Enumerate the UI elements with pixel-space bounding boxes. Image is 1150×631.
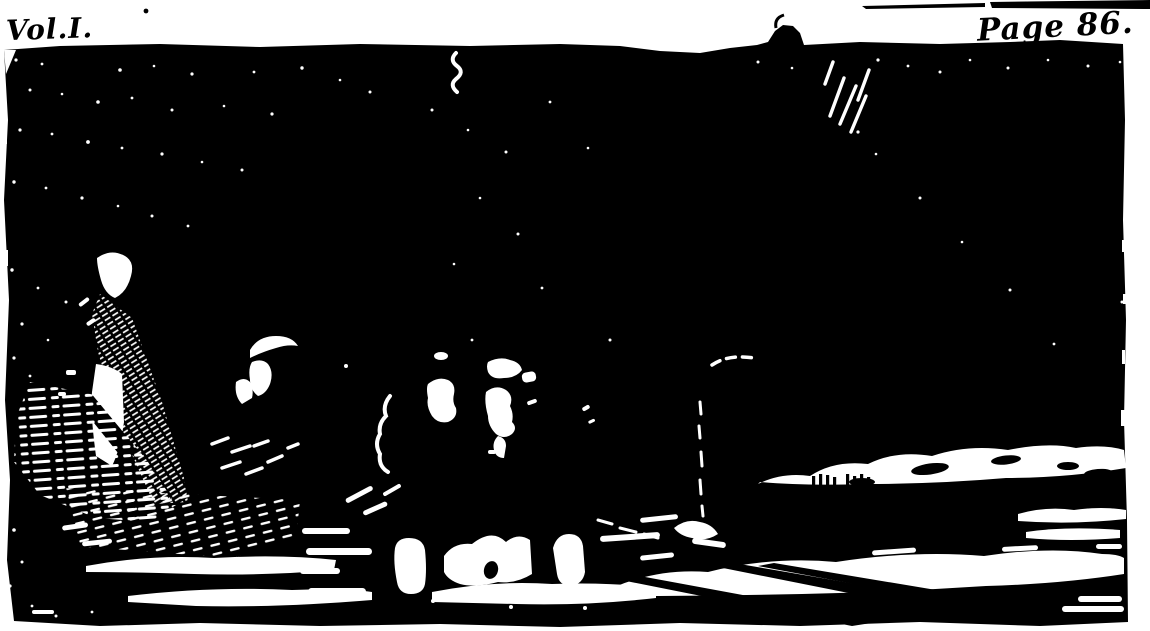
plate-edge-highlights-part bbox=[1122, 240, 1125, 252]
speckles-part bbox=[344, 364, 348, 368]
speckles-part bbox=[369, 91, 372, 94]
distant-caravan-marks-part bbox=[853, 476, 856, 487]
distant-caravan-marks-part bbox=[826, 475, 829, 487]
ground-between-legs-part bbox=[302, 528, 350, 534]
speckles-part bbox=[969, 59, 972, 62]
speckles-part bbox=[153, 65, 156, 68]
head-highlight bbox=[434, 352, 448, 360]
speckles-part bbox=[8, 584, 11, 587]
speckles-part bbox=[505, 151, 508, 154]
snow-wisps-part bbox=[1096, 544, 1122, 549]
speckles-part bbox=[21, 561, 24, 564]
dome-edge-dashes-part bbox=[701, 452, 702, 466]
speckles-part bbox=[549, 101, 552, 104]
hoof-dots-part bbox=[583, 606, 587, 610]
plate-edge-highlights-part bbox=[5, 130, 7, 144]
speckles-part bbox=[961, 241, 964, 244]
speckles-part bbox=[187, 225, 190, 228]
speckles-part bbox=[117, 205, 120, 208]
snow-wisps-part bbox=[1078, 596, 1122, 602]
speckles-part bbox=[18, 128, 21, 131]
speckles-part bbox=[471, 339, 474, 342]
speckles-part bbox=[37, 287, 40, 290]
ink-dot bbox=[144, 9, 149, 14]
speckles-part bbox=[160, 152, 163, 155]
distant-caravan-marks-part bbox=[812, 476, 815, 487]
speckles-part bbox=[453, 263, 456, 266]
snow-wisps-part bbox=[1062, 606, 1124, 612]
speckles-part bbox=[939, 71, 942, 74]
speckles-part bbox=[29, 89, 32, 92]
speckles-part bbox=[431, 109, 434, 112]
dome-edge-dashes-part bbox=[700, 402, 701, 414]
speckles-part bbox=[171, 109, 174, 112]
speckles-part bbox=[479, 197, 482, 200]
speckles-part bbox=[300, 66, 303, 69]
speckles-part bbox=[47, 339, 50, 342]
speckles-part bbox=[80, 196, 83, 199]
speckles-part bbox=[31, 605, 34, 608]
speckles-part bbox=[253, 71, 256, 74]
speckles-part bbox=[467, 129, 470, 132]
plate-edge-highlights-part bbox=[1123, 294, 1126, 304]
speckles-part bbox=[96, 100, 100, 104]
dome-edge-dashes-part bbox=[700, 480, 701, 494]
speckles-part bbox=[20, 322, 23, 325]
snow-band-shadows-part bbox=[1057, 462, 1079, 470]
speckles-part bbox=[919, 197, 922, 200]
speckles-part bbox=[41, 63, 44, 66]
speckles-part bbox=[91, 611, 94, 614]
speckles-part bbox=[86, 140, 90, 144]
hoof-dots-part bbox=[509, 605, 513, 609]
slab-side-mark bbox=[66, 370, 76, 375]
distant-caravan-marks-part bbox=[819, 474, 822, 487]
speckles-part bbox=[151, 215, 154, 218]
speckles-part bbox=[241, 169, 244, 172]
speckles-part bbox=[791, 67, 794, 70]
speckles-part bbox=[1047, 59, 1050, 62]
speckles-part bbox=[201, 161, 204, 164]
speckles-part bbox=[12, 528, 16, 532]
speckles-part bbox=[1007, 67, 1010, 70]
speckles-part bbox=[121, 147, 124, 150]
speckles-part bbox=[1053, 343, 1056, 346]
distant-caravan-marks-part bbox=[833, 477, 836, 487]
book-page: Vol.I. Page 86. bbox=[0, 0, 1150, 631]
dome-edge-dashes-part bbox=[702, 506, 703, 516]
speckles-part bbox=[339, 79, 342, 82]
speckles-part bbox=[856, 130, 859, 133]
speckles-part bbox=[587, 147, 590, 150]
speckles-part bbox=[541, 287, 544, 290]
distant-caravan-marks-part bbox=[867, 477, 870, 486]
speckles-part bbox=[1087, 65, 1090, 68]
plate-edge-highlights-part bbox=[1121, 410, 1125, 426]
ripple-field bbox=[62, 488, 300, 558]
speckles-part bbox=[45, 187, 48, 190]
speckles-part bbox=[876, 58, 879, 61]
speckles-part bbox=[65, 301, 68, 304]
speckles-part bbox=[29, 375, 32, 378]
flank-mark bbox=[488, 450, 496, 454]
speckles-part bbox=[10, 268, 13, 271]
speckles-part bbox=[55, 615, 58, 618]
speckles-part bbox=[190, 72, 193, 75]
speckles-part bbox=[118, 68, 122, 72]
dome-edge-dashes-part bbox=[699, 426, 700, 438]
speckles-part bbox=[517, 233, 520, 236]
speckles-part bbox=[875, 153, 878, 156]
engraved-plate: Vol.I. Page 86. bbox=[0, 0, 1150, 631]
ground-patch bbox=[394, 538, 426, 594]
speckles-part bbox=[61, 93, 64, 96]
plate bbox=[4, 15, 1128, 627]
speckles-part bbox=[757, 61, 760, 64]
speckles-part bbox=[1119, 61, 1122, 64]
speckles-part bbox=[14, 58, 17, 61]
distant-caravan-marks-part bbox=[846, 474, 849, 486]
speckles-part bbox=[270, 112, 273, 115]
speckles-part bbox=[907, 65, 910, 68]
speckles-part bbox=[51, 133, 54, 136]
ground-between-legs-part bbox=[306, 548, 372, 555]
plate-edge-highlights-part bbox=[1122, 350, 1125, 364]
shore-dash bbox=[32, 610, 54, 614]
speckles-part bbox=[12, 356, 15, 359]
plate-edge-highlights-part bbox=[6, 250, 8, 266]
speckles-part bbox=[223, 105, 226, 108]
snow-band-shadows-part bbox=[799, 485, 813, 491]
distant-caravan-marks-part bbox=[860, 474, 863, 486]
speckles-part bbox=[609, 339, 612, 342]
speckles-part bbox=[1009, 289, 1012, 292]
volume-label: Vol.I. bbox=[5, 11, 93, 47]
speckles-part bbox=[131, 97, 134, 100]
speckles-part bbox=[12, 180, 15, 183]
